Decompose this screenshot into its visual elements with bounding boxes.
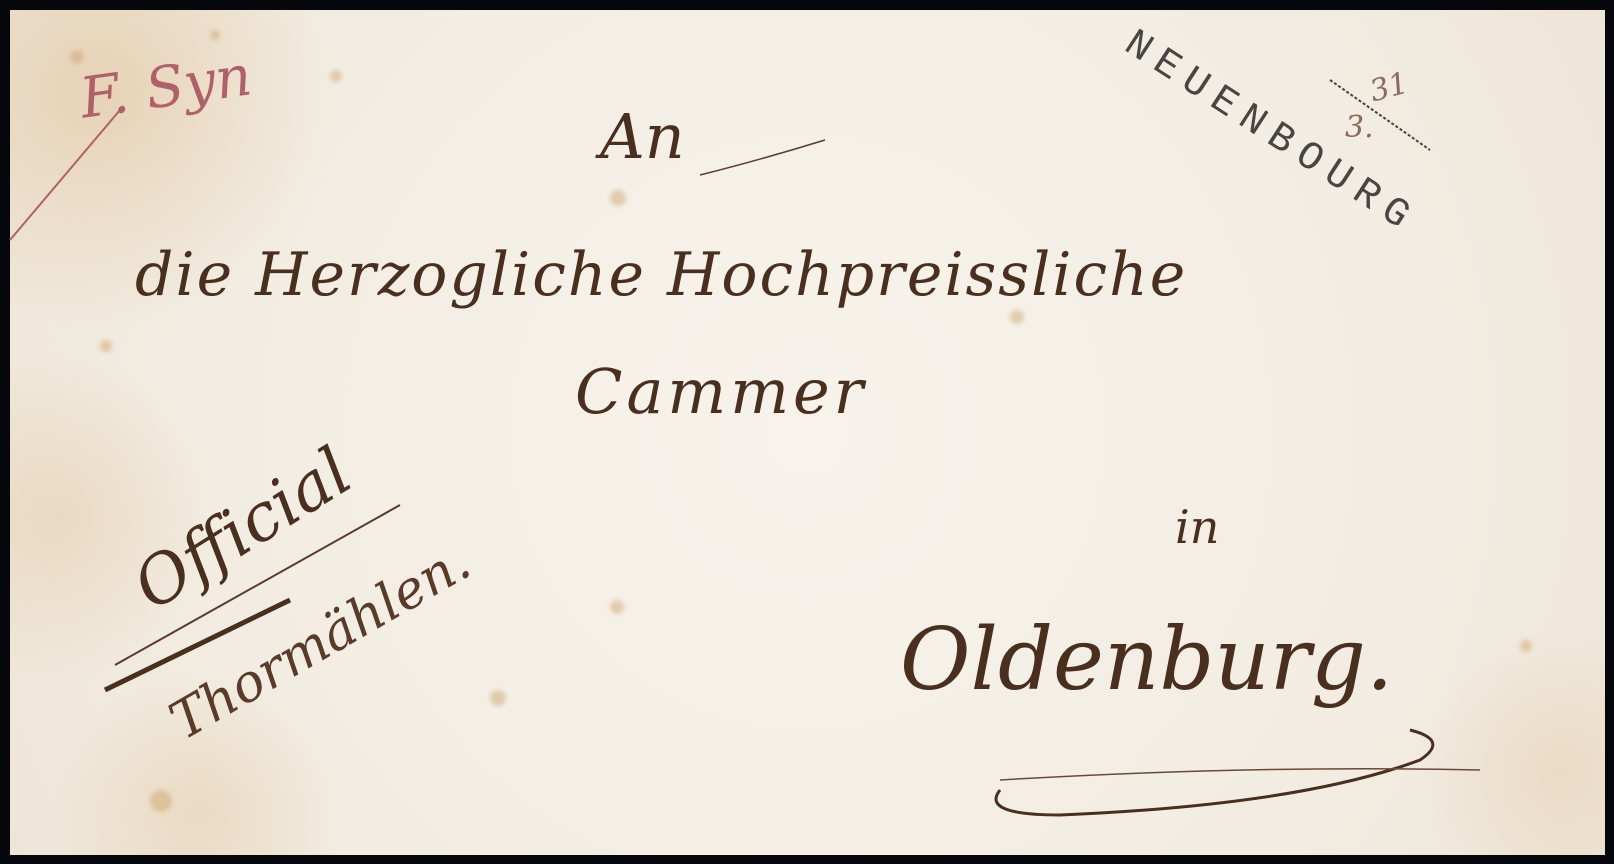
foxing-spot	[330, 70, 342, 82]
foxing-spot	[610, 190, 626, 206]
foxing-spot	[1010, 310, 1024, 324]
address-line3: in	[1175, 500, 1219, 554]
address-city: Oldenburg.	[900, 610, 1393, 710]
foxing-spot	[490, 690, 506, 706]
foxing-spot	[70, 50, 84, 64]
foxing-spot	[100, 340, 112, 352]
foxing-spot	[210, 30, 220, 40]
address-line1: die Herzogliche Hochpreissliche	[135, 240, 1187, 310]
foxing-spot	[150, 790, 172, 812]
foxing-spot	[1520, 640, 1532, 652]
rate-mark-denominator: 3.	[1345, 110, 1374, 145]
address-line2: Cammer	[575, 355, 867, 428]
address-salutation: An	[600, 100, 685, 173]
foxing-spot	[610, 600, 624, 614]
